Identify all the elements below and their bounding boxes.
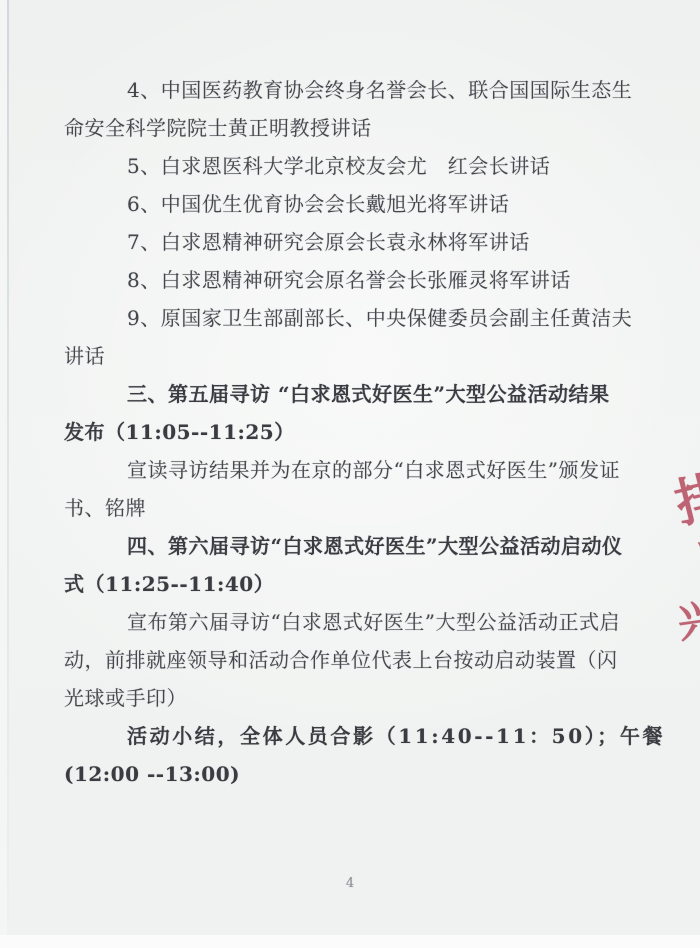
scanned-document-page: 4、中国医药教育协会终身名誉会长、联合国国际生态生 命安全科学院院士黄正明教授讲… [0,0,700,948]
scan-left-margin [0,0,7,948]
text-line: 命安全科学院院士黄正明教授讲话 [64,109,638,147]
summary-line: (12:00 --13:00) [64,755,638,793]
text-line: 讲话 [64,337,638,375]
section-heading-line: 三、第五届寻访 “白求恩式好医生”大型公益活动结果 [64,375,638,413]
text-line: 6、中国优生优育协会会长戴旭光将军讲话 [64,185,638,223]
red-stamp-fragment-icon: 排 [670,468,700,531]
text-line: 5、白求恩医科大学北京校友会尤 红会长讲话 [64,147,638,185]
summary-line: 活动小结，全体人员合影（11:40--11：50）；午餐 [64,717,638,755]
section-heading-line: 四、第六届寻访“白求恩式好医生”大型公益活动启动仪 [64,527,638,565]
text-line: 宣读寻访结果并为在京的部分“白求恩式好医生”颁发证 [64,451,638,489]
page-number: 4 [0,876,700,891]
red-stamp-fragment-icon: 丶 [682,534,700,571]
text-line: 4、中国医药教育协会终身名誉会长、联合国国际生态生 [64,71,638,109]
text-line: 动，前排就座领导和活动合作单位代表上台按动启动装置（闪 [64,641,638,679]
section-heading-line: 发布（11:05--11:25） [64,413,638,451]
text-line: 8、白求恩精神研究会原名誉会长张雁灵将军讲话 [64,261,638,299]
text-line: 宣布第六届寻访“白求恩式好医生”大型公益活动正式启 [64,603,638,641]
paper-edge-line [7,0,9,920]
red-stamp-fragment-icon: 兴 [675,597,700,644]
page-content: 4、中国医药教育协会终身名誉会长、联合国国际生态生 命安全科学院院士黄正明教授讲… [64,71,638,793]
scan-bottom-edge [0,935,700,948]
text-line: 9、原国家卫生部副部长、中央保健委员会副主任黄洁夫 [64,299,638,337]
text-line: 光球或手印） [64,679,638,717]
text-line: 7、白求恩精神研究会原会长袁永林将军讲话 [64,223,638,261]
section-heading-line: 式（11:25--11:40） [64,565,638,603]
text-line: 书、铭牌 [64,489,638,527]
